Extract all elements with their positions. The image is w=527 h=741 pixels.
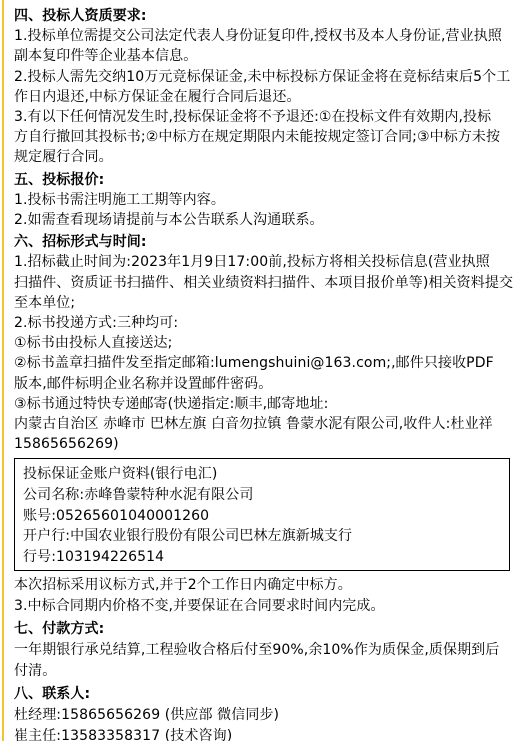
bank-box-line: 投标保证金账户资料(银行电汇)	[23, 464, 501, 485]
text-line: 付清。	[14, 661, 510, 682]
paragraph: 2.标书投递方式:三种均可:	[14, 313, 510, 333]
paragraph: 本次招标采用议标方式,并于2个工作日内确定中标方。	[14, 575, 510, 596]
paragraph: 1.投标书需注明施工工期等内容。	[14, 190, 510, 210]
paragraph: 1.投标单位需提交公司法定代表人身份证复印件,授权书及本人身份证,营业执照副本复…	[14, 26, 510, 66]
text-line: 1.投标书需注明施工工期等内容。	[14, 190, 510, 210]
bank-box-line: 行号:103194226514	[23, 547, 501, 568]
text-line: 15865656269)	[14, 434, 510, 454]
section-heading: 八、联系人:	[14, 684, 510, 705]
text-line: ③标书通过特快专递邮寄(快递指定:顺丰,邮寄地址:	[14, 394, 510, 414]
text-line: 规定履行合同。	[14, 147, 510, 167]
text-line: 副本复印件等企业基本信息。	[14, 46, 510, 66]
section-heading: 七、付款方式:	[14, 619, 510, 640]
text-line: 2.标书投递方式:三种均可:	[14, 313, 510, 333]
heading-line: 七、付款方式:	[14, 619, 510, 640]
bank-box-line: 账号:05265601040001260	[23, 506, 501, 527]
text-line: 至本单位;	[14, 293, 510, 313]
text-line: 方自行撤回其投标书;②中标方在规定期限内未能按规定签订合同;③中标方未按	[14, 127, 510, 147]
paragraph: 一年期银行承兑结算,工程验收合格后付至90%,余10%作为质保金,质保期到后付清…	[14, 640, 510, 682]
text-line: 3.中标合同期内价格不变,并要保证在合同要求时间内完成。	[14, 596, 510, 617]
section-heading: 五、投标报价:	[14, 170, 510, 190]
bank-account-box: 投标保证金账户资料(银行电汇)公司名称:赤峰鲁蒙特种水泥有限公司账号:05265…	[14, 458, 510, 571]
text-line: 1.投标单位需提交公司法定代表人身份证复印件,授权书及本人身份证,营业执照	[14, 26, 510, 46]
paragraph: 杜经理:15865656269 (供应部 微信同步)	[14, 705, 510, 726]
left-accent-bar	[2, 0, 4, 741]
paragraph: 崔主任:13583358317 (技术咨询)	[14, 726, 510, 741]
paragraph: 2.如需查看现场请提前与本公告联系人沟通联系。	[14, 210, 510, 230]
text-line: ②标书盖章扫描件发至指定邮箱:lumengshuini@163.com;,邮件只…	[14, 353, 510, 373]
paragraph: 2.投标人需先交纳10万元竞标保证金,未中标投标方保证金将在竞标结束后5个工作日…	[14, 67, 510, 107]
paragraph: 1.招标截止时间为:2023年1月9日17:00前,投标方将相关投标信息(营业执…	[14, 252, 510, 313]
text-line: 内蒙古自治区 赤峰市 巴林左旗 白音勿拉镇 鲁蒙水泥有限公司,收件人:杜业祥	[14, 414, 510, 434]
text-line: 本次招标采用议标方式,并于2个工作日内确定中标方。	[14, 575, 510, 596]
heading-line: 五、投标报价:	[14, 170, 510, 190]
text-line: 作日内退还,中标方保证金在履行合同后退还。	[14, 87, 510, 107]
text-line: 2.如需查看现场请提前与本公告联系人沟通联系。	[14, 210, 510, 230]
paragraph: ②标书盖章扫描件发至指定邮箱:lumengshuini@163.com;,邮件只…	[14, 353, 510, 393]
paragraph: 3.中标合同期内价格不变,并要保证在合同要求时间内完成。	[14, 596, 510, 617]
text-line: 杜经理:15865656269 (供应部 微信同步)	[14, 705, 510, 726]
text-line: 扫描件、资质证书扫描件、相关业绩资料扫描件、本项目报价单等)相关资料提交	[14, 273, 510, 293]
text-line: 1.招标截止时间为:2023年1月9日17:00前,投标方将相关投标信息(营业执…	[14, 252, 510, 272]
paragraph: ③标书通过特快专递邮寄(快递指定:顺丰,邮寄地址:内蒙古自治区 赤峰市 巴林左旗…	[14, 394, 510, 455]
paragraph: ①标书由投标人直接送达;	[14, 333, 510, 353]
section-heading: 六、招标形式与时间:	[14, 232, 510, 252]
section-heading: 四、投标人资质要求:	[14, 6, 510, 26]
bank-box-line: 开户行:中国农业银行股份有限公司巴林左旗新城支行	[23, 526, 501, 547]
text-line: 崔主任:13583358317 (技术咨询)	[14, 726, 510, 741]
text-line: 3.有以下任何情况发生时,投标保证金将不予退还:①在投标文件有效期内,投标	[14, 107, 510, 127]
paragraph: 3.有以下任何情况发生时,投标保证金将不予退还:①在投标文件有效期内,投标方自行…	[14, 107, 510, 168]
document-body: 四、投标人资质要求:1.投标单位需提交公司法定代表人身份证复印件,授权书及本人身…	[14, 4, 510, 741]
heading-line: 四、投标人资质要求:	[14, 6, 510, 26]
heading-line: 八、联系人:	[14, 684, 510, 705]
bank-box-line: 公司名称:赤峰鲁蒙特种水泥有限公司	[23, 485, 501, 506]
text-line: 版本,邮件标明企业名称并设置邮件密码。	[14, 374, 510, 394]
text-line: 一年期银行承兑结算,工程验收合格后付至90%,余10%作为质保金,质保期到后	[14, 640, 510, 661]
heading-line: 六、招标形式与时间:	[14, 232, 510, 252]
text-line: 2.投标人需先交纳10万元竞标保证金,未中标投标方保证金将在竞标结束后5个工	[14, 67, 510, 87]
text-line: ①标书由投标人直接送达;	[14, 333, 510, 353]
